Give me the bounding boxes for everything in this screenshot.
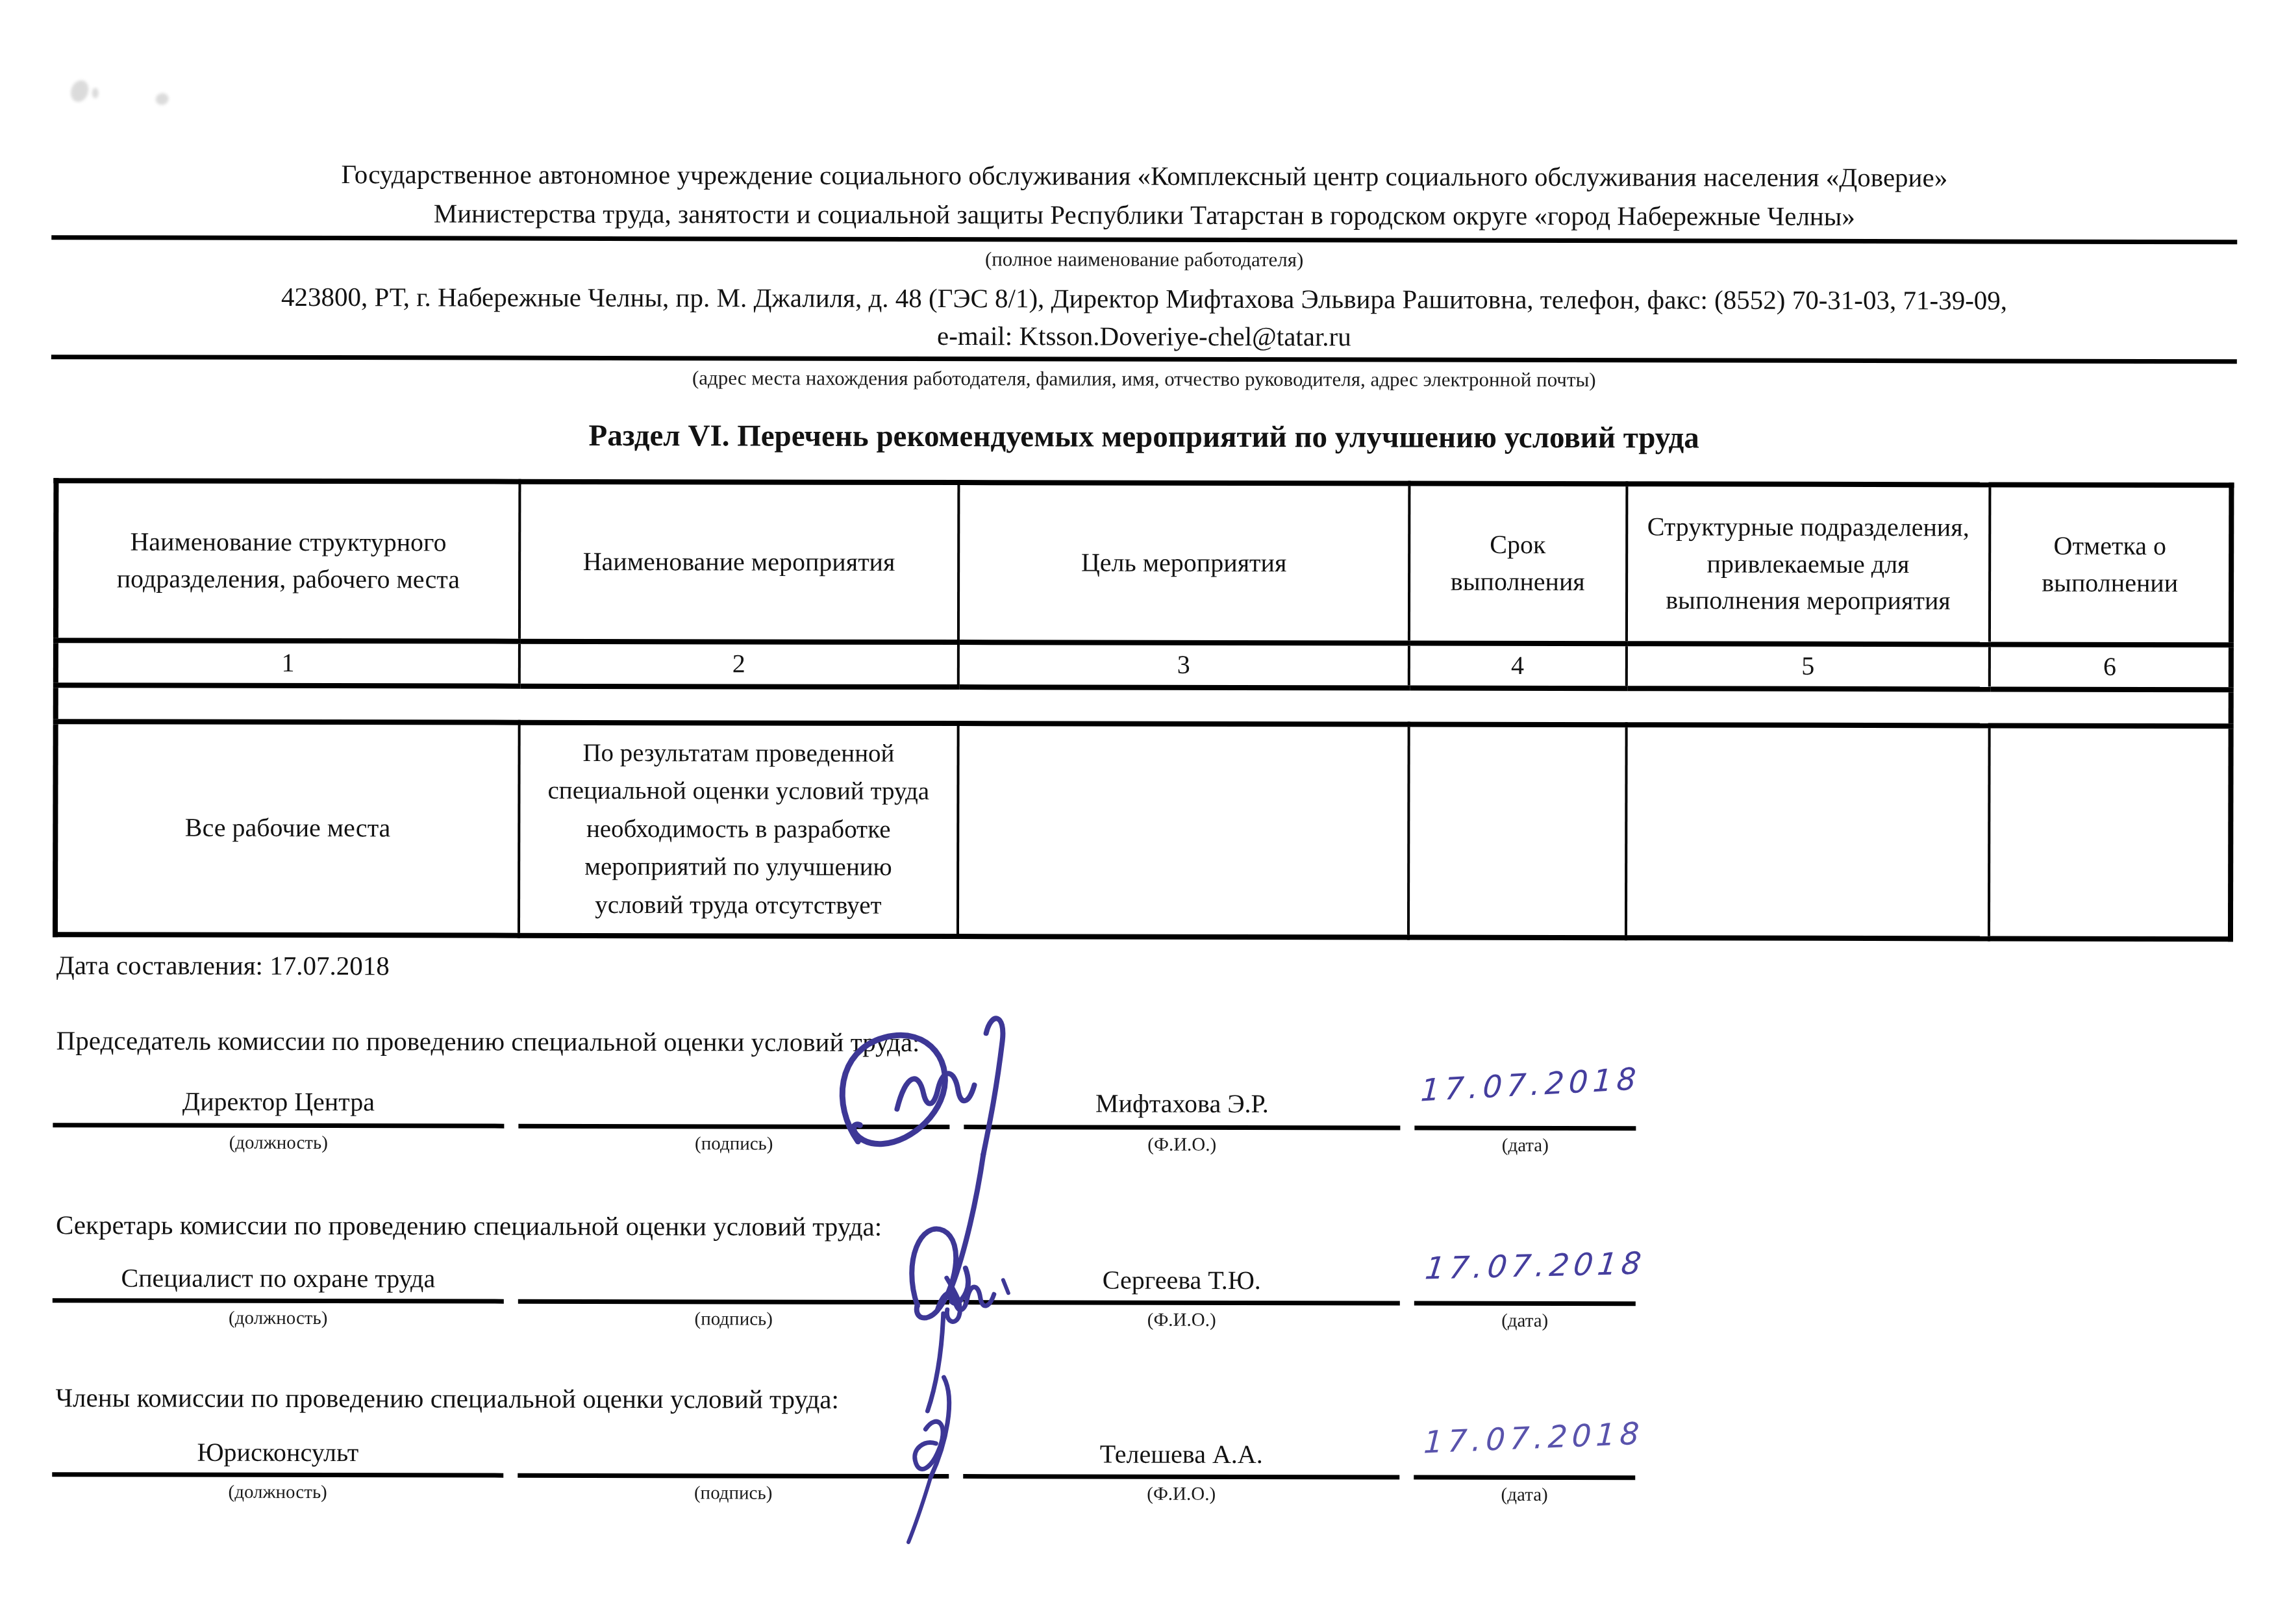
col-number: 4 [1408,643,1626,688]
chairman-date-handwritten: 17.07.2018 [1419,1061,1641,1108]
name-sublabel: (Ф.И.О.) [964,1134,1400,1156]
signature-line [53,1298,504,1303]
chairman-name: Мифтахова Э.Р. [964,1088,1400,1119]
col-number: 1 [56,640,519,686]
spacer-cell [56,685,2231,726]
signature-line [518,1473,949,1479]
signature-line [964,1125,1400,1130]
signature-line [1414,1126,1636,1131]
members-heading: Члены комиссии по проведению специальной… [55,1382,839,1415]
chairman-position: Директор Центра [53,1086,504,1117]
cell-involved-units [1626,725,1990,938]
cell-goal [958,723,1408,937]
col-header-completion-mark: Отметка о выполнении [1990,484,2231,645]
name-sublabel: (Ф.И.О.) [964,1309,1400,1331]
secretary-name: Сергеева Т.Ю. [964,1264,1400,1295]
col-header-involved-units: Структурные подразделения, привлекаемые … [1627,484,1990,644]
cell-deadline [1408,724,1627,938]
col-header-measure-goal: Цель мероприятия [958,482,1409,643]
table-number-row: 1 2 3 4 5 6 [56,640,2231,690]
col-header-deadline: Срок выполнения [1409,484,1627,644]
col-number: 5 [1626,643,1990,689]
signature-line [963,1474,1399,1479]
secretary-position: Специалист по охране труда [53,1262,504,1293]
table-header-row: Наименование структурного подразделения,… [56,481,2232,645]
date-sublabel: (дата) [1414,1135,1636,1157]
col-number: 3 [958,642,1409,688]
position-sublabel: (должность) [52,1481,503,1503]
header-rule [51,235,2237,244]
pencil-smudge [52,68,221,114]
cell-workplace: Все рабочие места [55,721,519,935]
signature-sublabel: (подпись) [518,1308,949,1330]
signature-line [1414,1475,1635,1480]
signature-line [964,1300,1400,1305]
secretary-date-handwritten: 17.07.2018 [1423,1245,1647,1286]
signature-sublabel: (подпись) [518,1482,949,1505]
signature-line [518,1299,949,1305]
employer-name-line2: Министерства труда, занятости и социальн… [53,194,2236,237]
table-spacer-row [56,685,2231,726]
signature-sublabel: (подпись) [518,1133,949,1155]
signature-line [518,1124,949,1129]
employer-address: 423800, РТ, г. Набережные Челны, пр. М. … [53,277,2236,357]
member-name: Телешева А.А. [963,1438,1399,1469]
cell-completion-mark [1989,725,2231,939]
scanned-document-page: Государственное автономное учреждение со… [0,0,2287,1624]
section-title: Раздел VI. Перечень рекомендуемых меропр… [53,417,2236,456]
employer-address-line2: e-mail: Ktsson.Doveriye-chel@tatar.ru [53,315,2236,357]
position-sublabel: (должность) [53,1132,504,1154]
col-header-structural-unit: Наименование структурного подразделения,… [56,481,519,641]
member-date-handwritten: 17.07.2018 [1423,1416,1644,1460]
compile-date: Дата составления: 17.07.2018 [56,949,390,981]
date-sublabel: (дата) [1414,1484,1635,1506]
cell-measure: По результатам проведенной специальной о… [519,722,958,936]
signature-line [53,1123,504,1128]
col-header-measure-name: Наименование мероприятия [519,482,958,642]
member-position: Юрисконсульт [52,1436,503,1468]
signature-line [52,1472,503,1477]
employer-address-caption: (адрес места нахождения работодателя, фа… [53,365,2236,393]
employer-name-line1: Государственное автономное учреждение со… [53,155,2236,198]
position-sublabel: (должность) [53,1307,504,1329]
secretary-heading: Секретарь комиссии по проведению специал… [56,1209,882,1242]
date-sublabel: (дата) [1414,1310,1636,1332]
chairman-heading: Председатель комиссии по проведению спец… [56,1025,920,1058]
employer-name-caption: (полное наименование работодателя) [53,245,2236,273]
col-number: 2 [519,642,958,687]
name-sublabel: (Ф.И.О.) [963,1483,1399,1505]
signature-line [1414,1301,1636,1306]
measures-table: Наименование структурного подразделения,… [53,478,2234,942]
employer-name: Государственное автономное учреждение со… [53,155,2236,237]
employer-address-line1: 423800, РТ, г. Набережные Челны, пр. М. … [53,277,2236,319]
table-row: Все рабочие места По результатам проведе… [55,721,2231,939]
col-number: 6 [1990,644,2231,690]
